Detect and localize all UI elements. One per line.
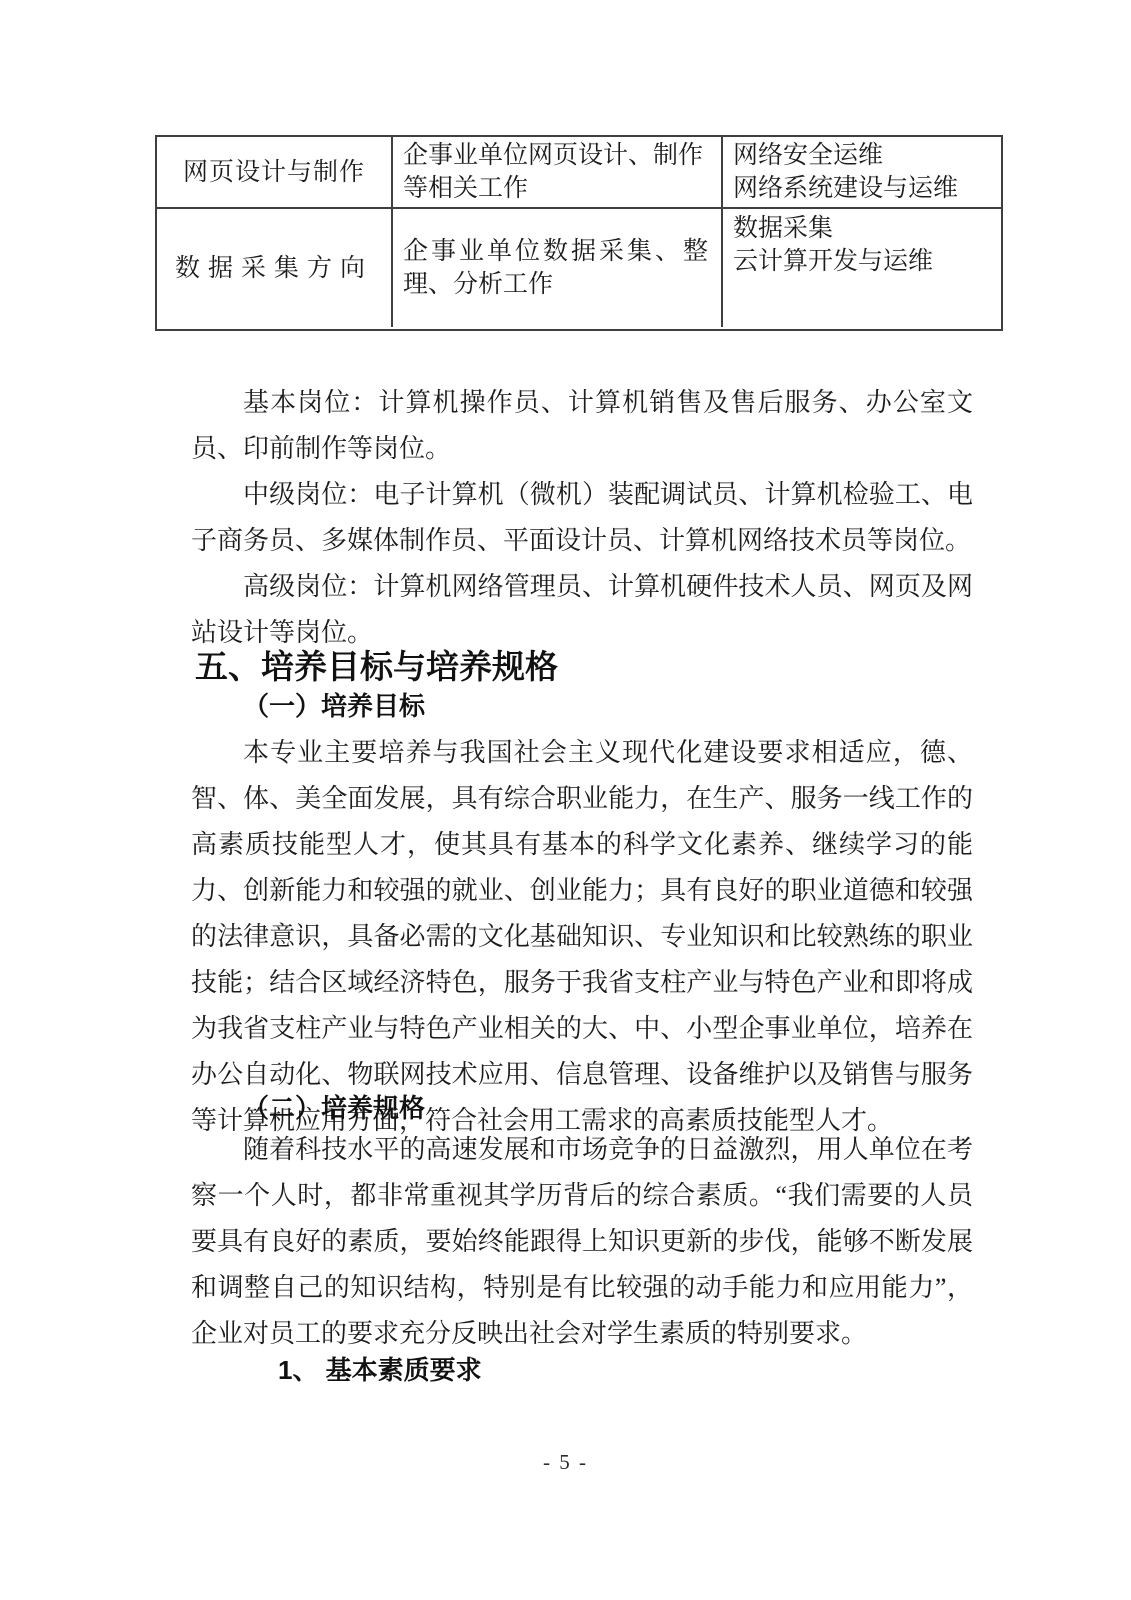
table-cell-line: 云计算开发与运维 <box>733 245 991 278</box>
table-cell-direction: 数据采集方向 <box>157 209 393 327</box>
training-spec-paragraph-block: 随着科技水平的高速发展和市场竞争的日益激烈，用人单位在考察一个人时，都非常重视其… <box>191 1127 973 1357</box>
table-cell-direction: 网页设计与制作 <box>157 137 393 209</box>
training-goal-paragraph: 本专业主要培养与我国社会主义现代化建设要求相适应，德、智、体、美全面发展，具有综… <box>191 730 973 1144</box>
document-page: 网页设计与制作 企事业单位网页设计、制作 等相关工作 网络安全运维 网络系统建设… <box>0 0 1131 1600</box>
positions-paragraph-group: 基本岗位：计算机操作员、计算机销售及售后服务、办公室文员、印前制作等岗位。 中级… <box>191 380 973 656</box>
career-table: 网页设计与制作 企事业单位网页设计、制作 等相关工作 网络安全运维 网络系统建设… <box>155 135 1003 331</box>
section-heading: 五、培养目标与培养规格 <box>195 645 558 689</box>
table-cell-line: 数据采集方向 <box>175 252 373 285</box>
subsection-heading-spec: （二）培养规格 <box>243 1090 425 1126</box>
table-cell-jobs: 企事业单位数据采集、整 理、分析工作 <box>393 209 723 327</box>
page-number: - 5 - <box>0 1450 1131 1475</box>
subsection-heading-goal: （一）培养目标 <box>243 688 425 724</box>
mid-positions-paragraph: 中级岗位：电子计算机（微机）装配调试员、计算机检验工、电子商务员、多媒体制作员、… <box>191 472 973 564</box>
table-cell-line: 数据采集 <box>733 212 991 245</box>
table-cell-line: 企事业单位数据采集、整 <box>403 235 711 268</box>
basic-positions-paragraph: 基本岗位：计算机操作员、计算机销售及售后服务、办公室文员、印前制作等岗位。 <box>191 380 973 472</box>
senior-positions-paragraph: 高级岗位：计算机网络管理员、计算机硬件技术人员、网页及网站设计等岗位。 <box>191 564 973 656</box>
table-cell-jobs: 企事业单位网页设计、制作 等相关工作 <box>393 137 723 209</box>
table-cell-line: 企事业单位网页设计、制作 <box>403 139 711 172</box>
table-cell-positions: 数据采集 云计算开发与运维 <box>723 209 1001 327</box>
table-cell-line: 理、分析工作 <box>403 268 711 301</box>
table-cell-line: 网络系统建设与运维 <box>733 172 991 205</box>
table-cell-positions: 网络安全运维 网络系统建设与运维 <box>723 137 1001 209</box>
basic-quality-item: 1、 基本素质要求 <box>278 1352 482 1388</box>
table-cell-line: 网络安全运维 <box>733 139 991 172</box>
training-spec-paragraph: 随着科技水平的高速发展和市场竞争的日益激烈，用人单位在考察一个人时，都非常重视其… <box>191 1127 973 1357</box>
table-cell-line: 网页设计与制作 <box>183 156 365 189</box>
table-cell-line: 等相关工作 <box>403 172 711 205</box>
training-goal-paragraph-block: 本专业主要培养与我国社会主义现代化建设要求相适应，德、智、体、美全面发展，具有综… <box>191 730 973 1144</box>
